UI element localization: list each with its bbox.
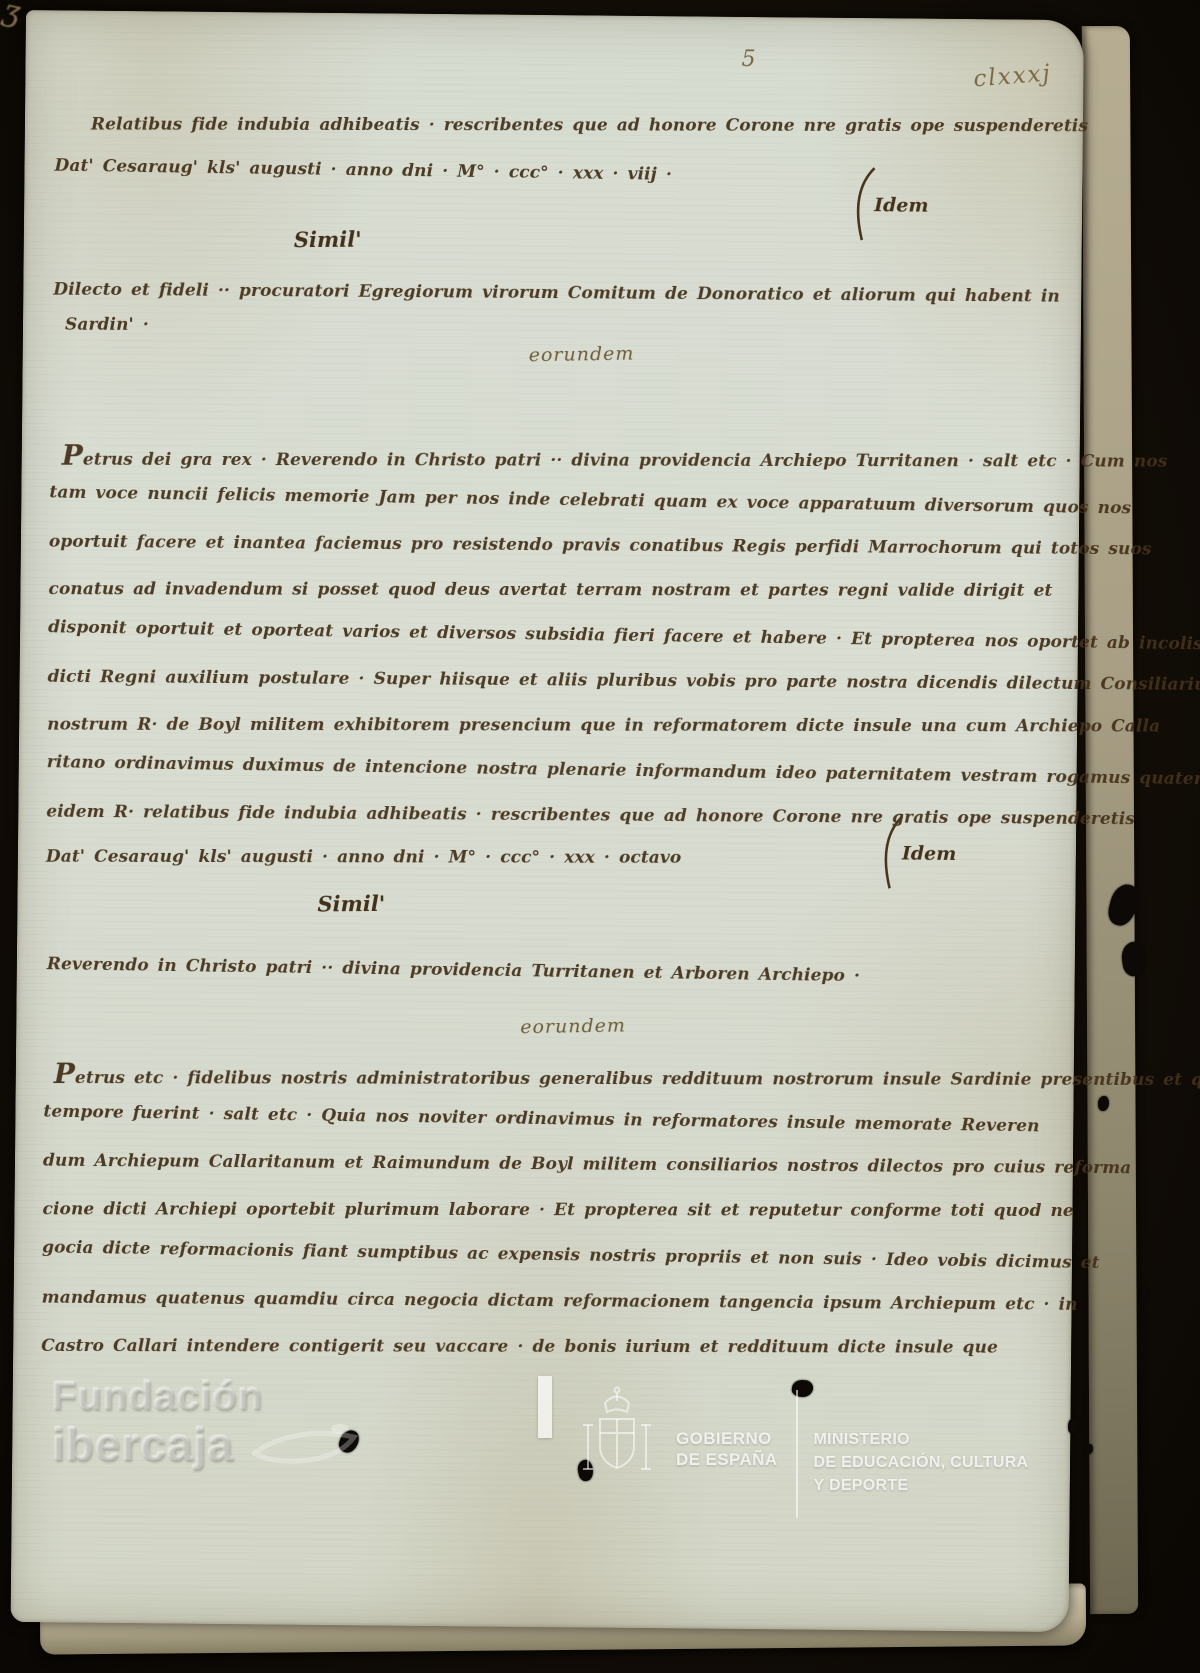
heading-similis: Simil' — [294, 227, 362, 253]
manuscript-scan-page: { "folio": { "number": "clxxxj", "quire_… — [0, 0, 1200, 1673]
heading-similis: Simil' — [317, 891, 385, 917]
ibercaja-watermark: Fundación ibercaja — [52, 1376, 366, 1473]
manuscript-line: Petrus etc · fidelibus nostris administr… — [54, 1063, 1200, 1090]
ink-blot — [1068, 1418, 1079, 1434]
manuscript-line: gocia dicte reformacionis fiant sumptibu… — [42, 1237, 1100, 1273]
ministerio-label: MINISTERIO DE EDUCACIÓN, CULTURA Y DEPOR… — [814, 1428, 1029, 1497]
manuscript-line: conatus ad invadendum si posset quod deu… — [48, 579, 1052, 601]
manuscript-line: Castro Callari intendere contigerit seu … — [41, 1336, 998, 1358]
manuscript-line: cione dicti Archiepi oportebit plurimum … — [42, 1199, 1073, 1221]
rubric-eorundem: eorundem — [529, 342, 635, 366]
margin-note-idem: Idem — [846, 166, 929, 243]
manuscript-line: Dat' Cesaraug' kls' augusti · anno dni ·… — [46, 847, 682, 868]
corner-pen-mark: Ʒ — [0, 0, 22, 36]
manuscript-line: Reverendo in Christo patri ·· divina pro… — [47, 954, 860, 986]
manuscript-line: Dilecto et fideli ·· procuratori Egregio… — [53, 280, 1060, 307]
folio-number: clxxxj — [973, 60, 1053, 92]
flag-bar-icon — [538, 1376, 552, 1438]
manuscript-line: dicti Regni auxilium postulare · Super h… — [48, 667, 1200, 695]
manuscript-line: ritano ordinavimus duximus de intencione… — [47, 752, 1200, 790]
manuscript-line: Dat' Cesaraug' kls' augusti · anno dni ·… — [54, 156, 672, 185]
manuscript-line: eidem R· relatibus fide indubia adhibeat… — [46, 802, 1135, 830]
manuscript-line: tempore fuerint · salt etc · Quia nos no… — [43, 1102, 1039, 1137]
rubric-eorundem: eorundem — [520, 1014, 626, 1038]
ink-blot — [1140, 1288, 1149, 1299]
manuscript-line: Petrus dei gra rex · Reverendo in Christ… — [62, 445, 1168, 472]
ibercaja-swoosh-icon — [248, 1417, 366, 1473]
manuscript-line: Sardin' · — [65, 315, 149, 335]
watermark-divider — [796, 1390, 798, 1518]
spain-coat-of-arms-icon — [578, 1386, 656, 1508]
quire-mark: 5 — [741, 47, 755, 72]
manuscript-line: tam voce nuncii felicis memorie Jam per … — [49, 482, 1131, 518]
ibercaja-watermark-line2: ibercaja — [52, 1417, 366, 1473]
manuscript-line: Relatibus fide indubia adhibeatis · resc… — [91, 115, 1088, 137]
manuscript-line: nostrum R· de Boyl militem exhibitorem p… — [47, 715, 1160, 737]
manuscript-line: mandamus quatenus quamdiu circa negocia … — [42, 1288, 1078, 1315]
manuscript-line: disponit oportuit et oporteat varios et … — [48, 617, 1200, 654]
gobierno-label: GOBIERNO DE ESPAÑA — [676, 1428, 778, 1470]
manuscript-line: dum Archiepum Callaritanum et Raimundum … — [43, 1151, 1132, 1179]
government-watermark: GOBIERNO DE ESPAÑA MINISTERIO DE EDUCACI… — [538, 1376, 1028, 1518]
manuscript-line: oportuit facere et inantea faciemus pro … — [49, 532, 1152, 560]
margin-note-idem: Idem — [874, 814, 957, 891]
ibercaja-watermark-line1: Fundación — [52, 1376, 366, 1417]
